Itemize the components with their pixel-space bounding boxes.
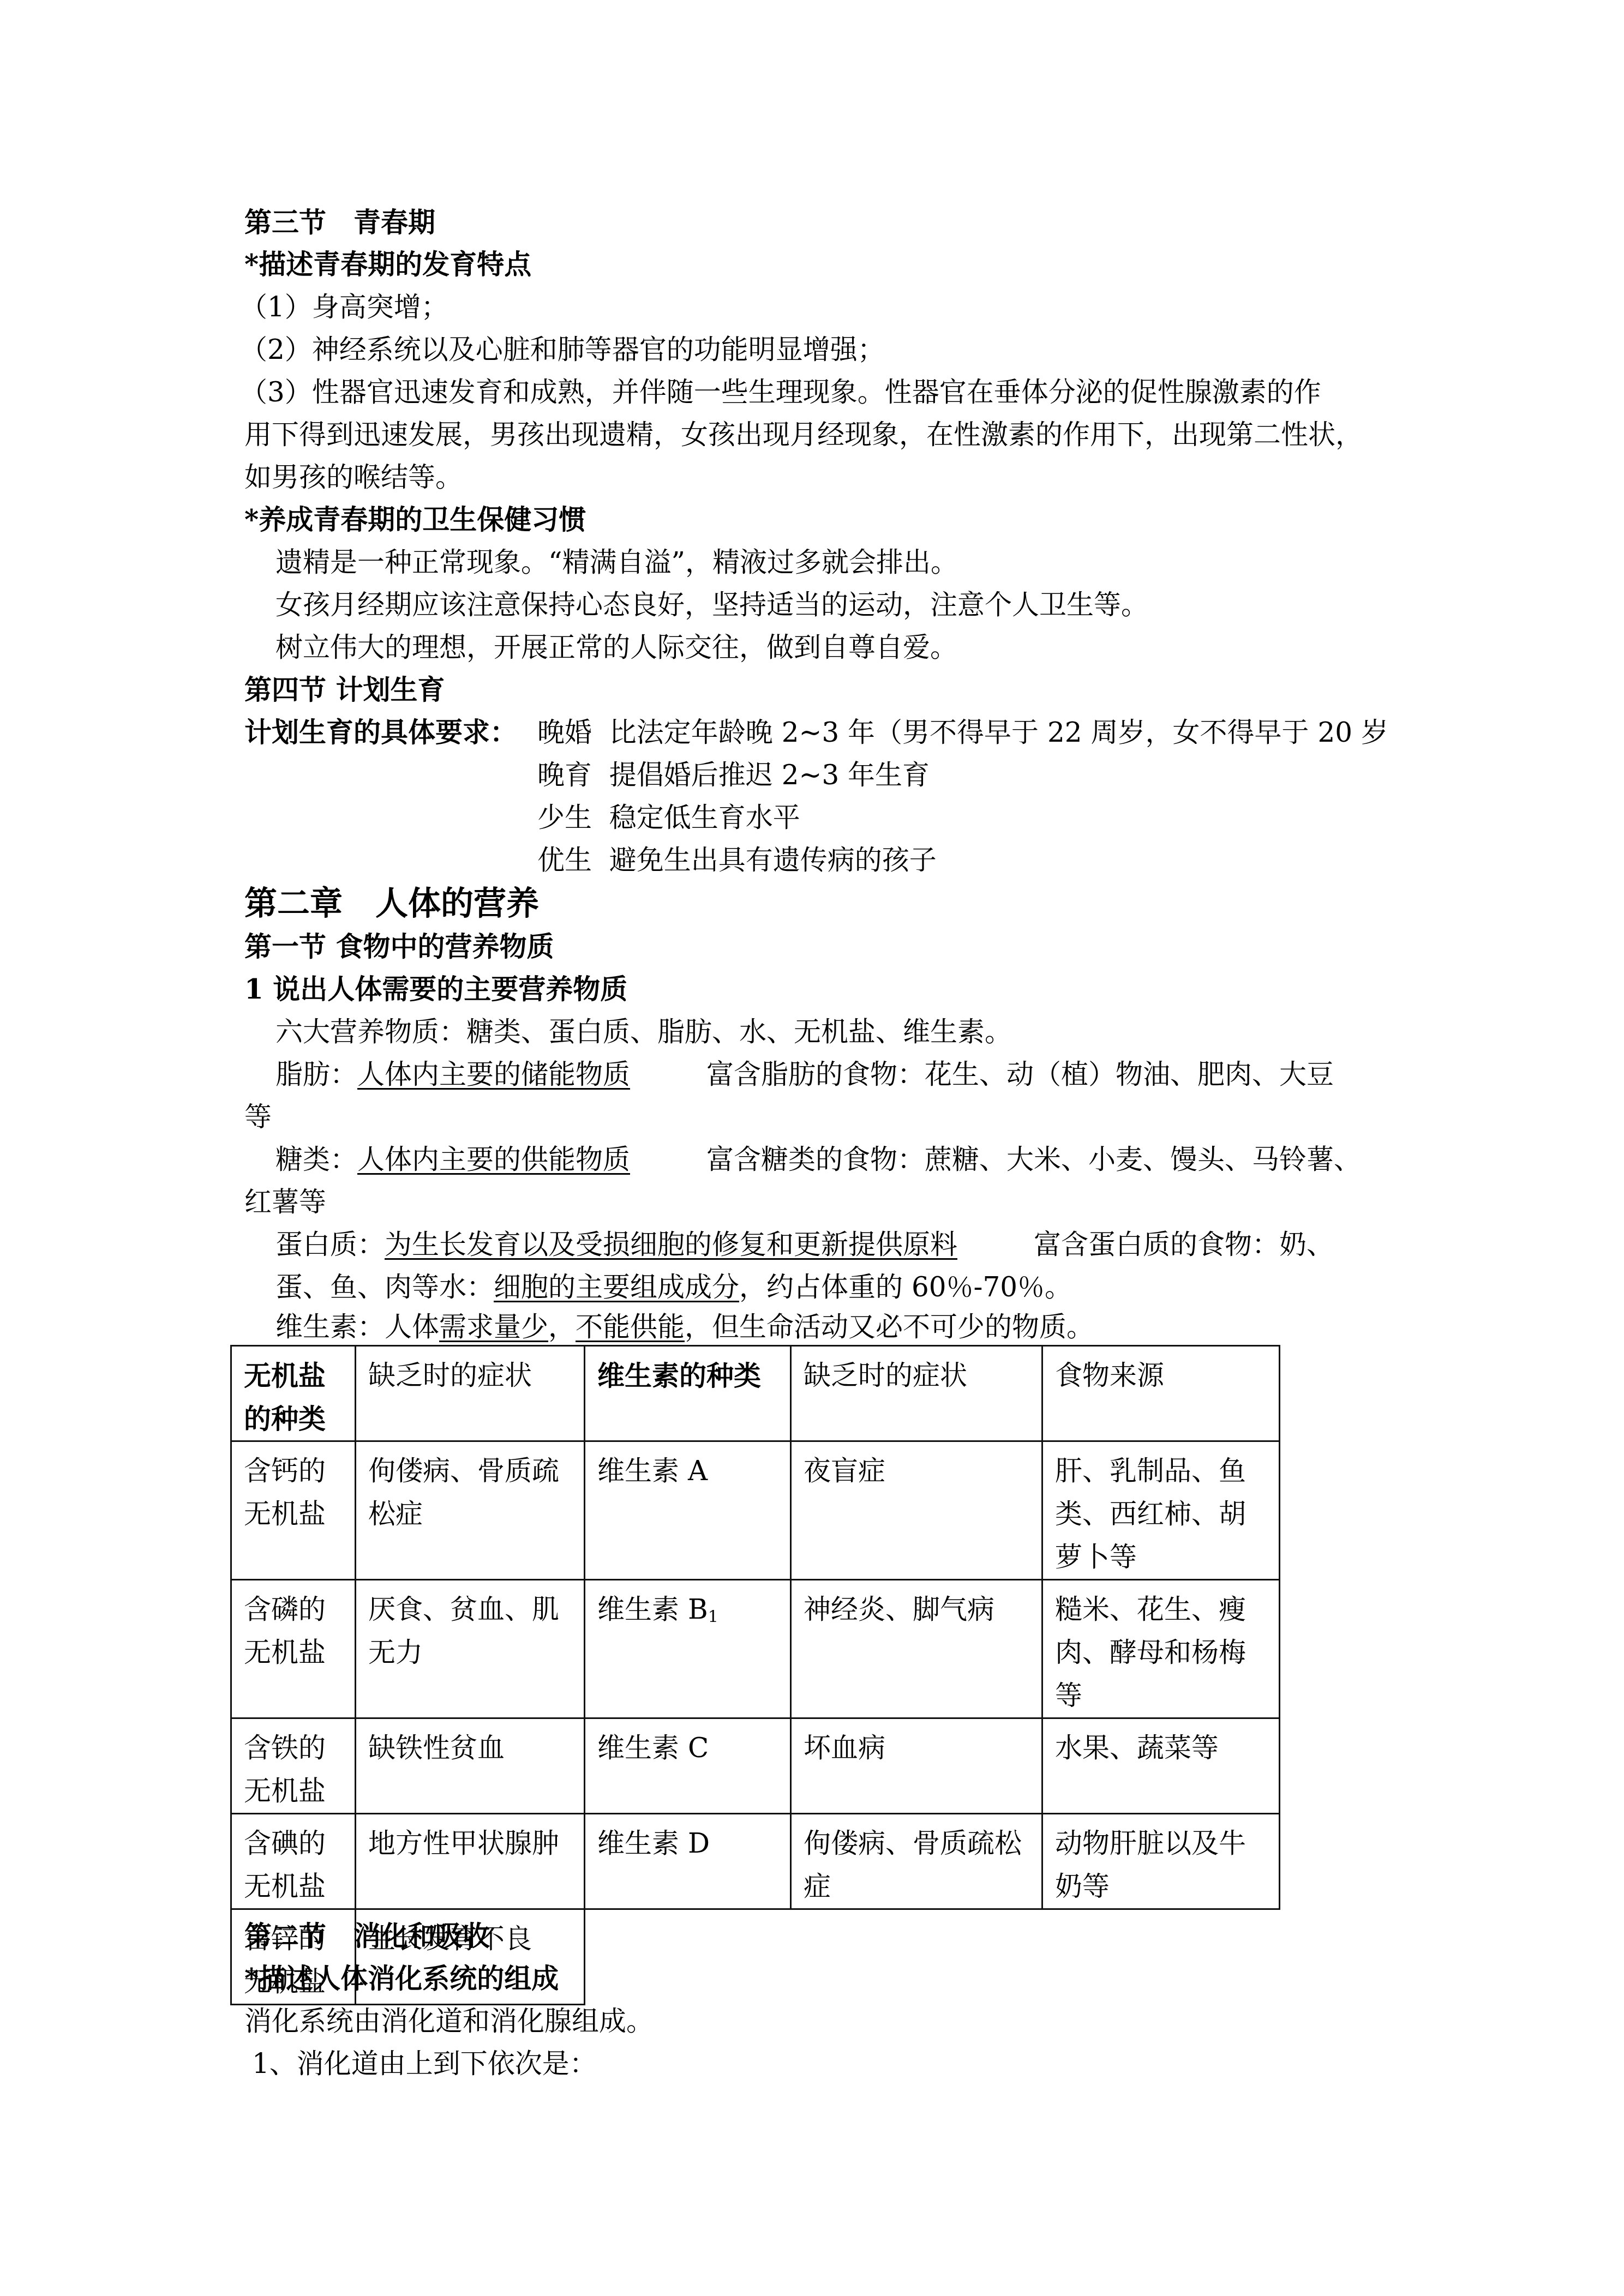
fat-line: 脂肪：人体内主要的储能物质富含脂肪的食物：花生、动（植）物油、肥肉、大豆: [275, 1058, 1334, 1091]
table-cell: 地方性甲状腺肿: [356, 1814, 585, 1909]
requirement-desc: 比法定年龄晚 2~3 年（男不得早于 22 周岁，女不得早于 20 岁: [609, 717, 1388, 748]
header-cell: 无机盐的种类: [231, 1346, 356, 1441]
table-cell: 坏血病: [791, 1718, 1042, 1814]
table-cell: 神经炎、脚气病: [791, 1580, 1042, 1718]
table-cell: 含磷的无机盐: [231, 1580, 356, 1718]
requirement-term: 晚育: [537, 759, 592, 791]
vitamin-no-energy: 不能供能: [576, 1311, 685, 1343]
table-row: 含铁的无机盐 缺铁性贫血 维生素 C 坏血病 水果、蔬菜等: [231, 1718, 1280, 1814]
list-item: （1）身高突增；: [240, 291, 448, 323]
table-cell: 动物肝脏以及牛奶等: [1042, 1814, 1280, 1909]
protein-label: 蛋白质：: [275, 1229, 385, 1260]
vitamin-label: 维生素：人体: [275, 1311, 439, 1343]
table-cell: 肝、乳制品、鱼类、西红柿、胡萝卜等: [1042, 1441, 1280, 1580]
paragraph-line: 如男孩的喉结等。: [244, 461, 463, 494]
table-cell: 佝偻病、骨质疏松症: [791, 1814, 1042, 1909]
paragraph: 树立伟大的理想，开展正常的人际交往，做到自尊自爱。: [275, 631, 957, 664]
punctuation: ，: [548, 1311, 576, 1343]
table-cell: 含铁的无机盐: [231, 1718, 356, 1814]
document-page: 第三节 青春期 *描述青春期的发育特点 （1）身高突增； （2）神经系统以及心脏…: [0, 0, 1624, 2296]
sugar-foods: 富含糖类的食物：蔗糖、大米、小麦、馒头、马铃薯、: [706, 1144, 1361, 1175]
section-title: 第三节 青春期: [244, 206, 435, 239]
requirement-desc: 提倡婚后推迟 2~3 年生育: [609, 759, 930, 791]
table-row: 含磷的无机盐 厌食、贫血、肌无力 维生素 B1 神经炎、脚气病 糙米、花生、瘦肉…: [231, 1580, 1280, 1718]
list-item: （3）性器官迅速发育和成熟，并伴随一些生理现象。性器官在垂体分泌的促性腺激素的作: [240, 376, 1321, 408]
vitamin-b-label: 维生素 B: [597, 1594, 708, 1625]
section-title: 第四节 计划生育: [244, 674, 445, 706]
table-cell: 含钙的无机盐: [231, 1441, 356, 1580]
requirement-desc: 稳定低生育水平: [609, 802, 800, 833]
subheading: *描述青春期的发育特点: [244, 248, 531, 281]
requirement-term: 优生: [537, 844, 592, 876]
protein-definition: 为生长发育以及受损细胞的修复和更新提供原料: [385, 1229, 957, 1260]
table-cell: 缺铁性贫血: [356, 1718, 585, 1814]
sugar-line: 糖类：人体内主要的供能物质富含糖类的食物：蔗糖、大米、小麦、馒头、马铃薯、: [275, 1143, 1361, 1176]
empty-cell: [1042, 1909, 1280, 2005]
header-cell: 缺乏时的症状: [791, 1346, 1042, 1441]
table-cell: 厌食、贫血、肌无力: [356, 1580, 585, 1718]
table-cell: 含碘的无机盐: [231, 1814, 356, 1909]
sugar-label: 糖类：: [275, 1144, 357, 1175]
water-definition: 细胞的主要组成成分: [494, 1271, 739, 1303]
requirement-term: 少生: [537, 802, 592, 833]
section-title: 第二节 消化和吸收: [244, 1920, 490, 1952]
requirement-item: 少生 稳定低生育水平: [537, 801, 800, 834]
list-item: （2）神经系统以及心脏和肺等器官的功能明显增强；: [240, 333, 885, 366]
table-row: 含钙的无机盐 佝偻病、骨质疏松症 维生素 A 夜盲症 肝、乳制品、鱼类、西红柿、…: [231, 1441, 1280, 1580]
fat-foods: 富含脂肪的食物：花生、动（植）物油、肥肉、大豆: [706, 1059, 1334, 1090]
vitamin-need: 需求量少: [439, 1311, 548, 1343]
table-cell: 水果、蔬菜等: [1042, 1718, 1280, 1814]
subheading: 1 说出人体需要的主要营养物质: [244, 973, 627, 1006]
paragraph: 遗精是一种正常现象。“精满自溢”，精液过多就会排出。: [275, 546, 958, 579]
protein-foods: 富含蛋白质的食物：奶、: [1034, 1229, 1334, 1260]
table-cell: 维生素 C: [585, 1718, 791, 1814]
paragraph-line: 等: [244, 1101, 272, 1133]
subscript: 1: [708, 1607, 718, 1626]
header-cell: 食物来源: [1042, 1346, 1280, 1441]
header-cell: 维生素的种类: [585, 1346, 791, 1441]
requirement-item: 优生 避免生出具有遗传病的孩子: [537, 844, 937, 876]
paragraph-line: 红薯等: [244, 1186, 326, 1218]
requirement-desc: 避免生出具有遗传病的孩子: [609, 844, 937, 876]
requirements-label: 计划生育的具体要求：: [244, 716, 517, 749]
sugar-definition: 人体内主要的供能物质: [357, 1144, 630, 1175]
header-cell: 缺乏时的症状: [356, 1346, 585, 1441]
table-header-row: 无机盐的种类 缺乏时的症状 维生素的种类 缺乏时的症状 食物来源: [231, 1346, 1280, 1441]
fat-label: 脂肪：: [275, 1059, 357, 1090]
table-cell: 维生素 D: [585, 1814, 791, 1909]
vitamin-rest: ，但生命活动又必不可少的物质。: [685, 1311, 1094, 1343]
requirement-item: 晚育 提倡婚后推迟 2~3 年生育: [537, 759, 930, 791]
table-cell: 糙米、花生、瘦肉、酵母和杨梅等: [1042, 1580, 1280, 1718]
requirement-term: 晚婚: [537, 717, 592, 748]
paragraph: 消化系统由消化道和消化腺组成。: [244, 2005, 654, 2037]
table-cell: 夜盲症: [791, 1441, 1042, 1580]
fat-definition: 人体内主要的储能物质: [357, 1059, 630, 1090]
water-label: 蛋、鱼、肉等水：: [275, 1271, 494, 1303]
paragraph: 六大营养物质：糖类、蛋白质、脂肪、水、无机盐、维生素。: [275, 1015, 1012, 1048]
section-title: 第一节 食物中的营养物质: [244, 930, 554, 963]
subheading: *描述人体消化系统的组成: [244, 1962, 559, 1995]
paragraph: 女孩月经期应该注意保持心态良好，坚持适当的运动，注意个人卫生等。: [275, 588, 1148, 621]
vitamin-line: 维生素：人体需求量少，不能供能，但生命活动又必不可少的物质。: [275, 1311, 1094, 1343]
nutrition-table: 无机盐的种类 缺乏时的症状 维生素的种类 缺乏时的症状 食物来源 含钙的无机盐 …: [230, 1345, 1280, 2005]
table-cell: 佝偻病、骨质疏松症: [356, 1441, 585, 1580]
chapter-title: 第二章 人体的营养: [244, 885, 539, 923]
list-item: 1、消化道由上到下依次是：: [252, 2047, 597, 2080]
empty-cell: [791, 1909, 1042, 2005]
table-cell: 维生素 A: [585, 1441, 791, 1580]
requirement-item: 晚婚 比法定年龄晚 2~3 年（男不得早于 22 周岁，女不得早于 20 岁: [537, 716, 1388, 749]
water-line: 蛋、鱼、肉等水：细胞的主要组成成分，约占体重的 60％-70％。: [275, 1271, 1072, 1303]
table-row: 含碘的无机盐 地方性甲状腺肿 维生素 D 佝偻病、骨质疏松症 动物肝脏以及牛奶等: [231, 1814, 1280, 1909]
protein-line: 蛋白质：为生长发育以及受损细胞的修复和更新提供原料富含蛋白质的食物：奶、: [275, 1228, 1334, 1261]
water-percentage: ，约占体重的 60％-70％。: [739, 1271, 1072, 1303]
paragraph-line: 用下得到迅速发展，男孩出现遗精，女孩出现月经现象，在性激素的作用下，出现第二性状…: [244, 418, 1363, 451]
empty-cell: [585, 1909, 791, 2005]
table-cell: 维生素 B1: [585, 1580, 791, 1718]
subheading: *养成青春期的卫生保健习惯: [244, 503, 586, 536]
